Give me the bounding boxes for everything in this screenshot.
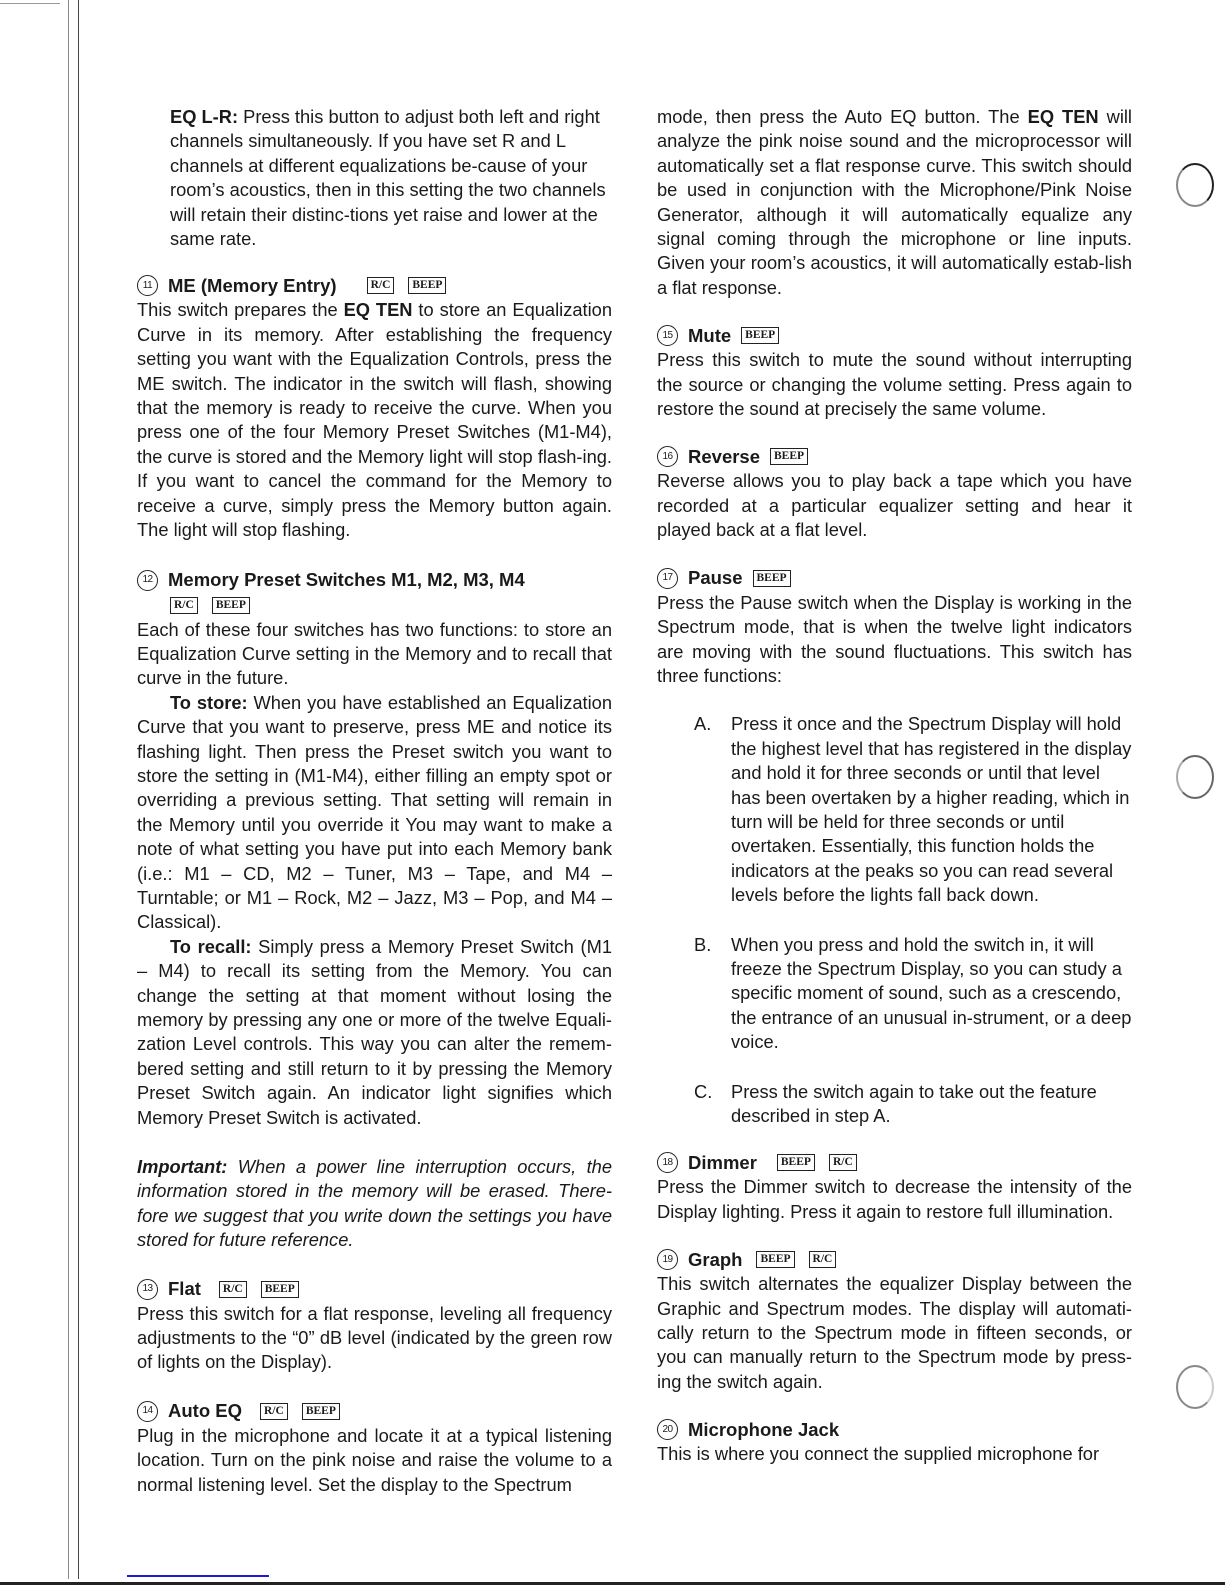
section-flat: 13 Flat R/C BEEP Press this switch for a… [137,1277,612,1375]
rc-badge: R/C [260,1403,288,1420]
list-text: Press the switch again to take out the f… [731,1080,1132,1129]
section-title: Reverse [688,445,760,469]
section-microphone-jack: 20 Microphone Jack This is where you con… [657,1417,1132,1466]
section-heading: 20 Microphone Jack [657,1417,1132,1442]
section-intro: Each of these four switches has two func… [137,618,612,691]
circled-number-icon: 19 [657,1249,678,1270]
section-reverse: 16 Reverse BEEP Reverse allows you to pl… [657,444,1132,542]
section-title: Flat [168,1277,201,1301]
rc-badge: R/C [809,1251,837,1268]
section-eq-lr: EQ L-R: Press this button to adjust both… [137,105,612,251]
eq-lr-label: EQ L-R: [170,106,238,127]
list-letter: C. [694,1080,731,1129]
pause-functions-list: A. Press it once and the Spectrum Displa… [657,712,1132,1128]
list-letter: A. [694,712,731,907]
beep-badge: BEEP [741,327,779,344]
circled-number-icon: 17 [657,568,678,589]
beep-badge: BEEP [212,597,250,614]
rc-badge: R/C [367,277,395,294]
important-note: Important: When a power line interruptio… [137,1155,612,1253]
section-body: This switch alternates the equalizer Dis… [657,1272,1132,1394]
beep-badge: BEEP [770,448,808,465]
section-body: mode, then press the Auto EQ button. The… [657,105,1132,300]
badge-row: R/C BEEP [137,593,612,618]
binder-hole-icon [1176,163,1214,207]
section-body: Press the Dimmer switch to decrease the … [657,1175,1132,1224]
section-me: 11 ME (Memory Entry) R/C BEEP This switc… [137,273,612,542]
section-title: Dimmer [688,1151,757,1175]
section-pause: 17 Pause BEEP Press the Pause switch whe… [657,566,1132,1129]
section-heading: 11 ME (Memory Entry) R/C BEEP [137,273,612,298]
binder-hole-icon [1176,1365,1214,1409]
left-column: EQ L-R: Press this button to adjust both… [137,105,612,1497]
section-title: Pause [688,566,743,590]
beep-badge: BEEP [302,1403,340,1420]
list-text: Press it once and the Spectrum Display w… [731,712,1132,907]
circled-number-icon: 16 [657,446,678,467]
beep-badge: BEEP [753,570,791,587]
list-letter: B. [694,933,731,1055]
list-item: A. Press it once and the Spectrum Displa… [694,712,1132,907]
circled-number-icon: 14 [137,1401,158,1422]
section-title: Auto EQ [168,1399,242,1423]
section-heading: 18 Dimmer BEEP R/C [657,1150,1132,1175]
section-body: Press this switch to mute the sound with… [657,348,1132,421]
beep-badge: BEEP [777,1154,815,1171]
to-recall-paragraph: To recall: Simply press a Memory Preset … [137,935,612,1130]
beep-badge: BEEP [261,1281,299,1298]
section-body: This switch prepares the EQ TEN to store… [137,298,612,542]
right-column: mode, then press the Auto EQ button. The… [657,105,1132,1467]
section-title: Memory Preset Switches M1, M2, M3, M4 [168,568,525,592]
circled-number-icon: 12 [137,570,158,591]
section-auto-eq: 14 Auto EQ R/C BEEP Plug in the micropho… [137,1399,612,1497]
section-graph: 19 Graph BEEP R/C This switch alternates… [657,1247,1132,1394]
scan-edge-line [78,0,79,1579]
section-heading: 19 Graph BEEP R/C [657,1247,1132,1272]
section-heading: 15 Mute BEEP [657,323,1132,348]
section-body: Press the Pause switch when the Display … [657,591,1132,689]
circled-number-icon: 13 [137,1279,158,1300]
section-heading: 17 Pause BEEP [657,566,1132,591]
list-text: When you press and hold the switch in, i… [731,933,1132,1055]
section-title: Microphone Jack [688,1418,839,1442]
section-body: Plug in the microphone and locate it at … [137,1424,612,1497]
list-item: B. When you press and hold the switch in… [694,933,1132,1055]
circled-number-icon: 20 [657,1419,678,1440]
beep-badge: BEEP [408,277,446,294]
section-title: Graph [688,1248,742,1272]
section-heading: 14 Auto EQ R/C BEEP [137,1399,612,1424]
to-store-paragraph: To store: When you have established an E… [137,691,612,935]
section-body: Reverse allows you to play back a tape w… [657,469,1132,542]
eq-lr-paragraph: EQ L-R: Press this button to adjust both… [137,105,612,251]
section-title: ME (Memory Entry) [168,274,337,298]
section-heading: 12 Memory Preset Switches M1, M2, M3, M4 [137,568,612,593]
section-heading: 16 Reverse BEEP [657,444,1132,469]
scan-edge-line [68,0,69,1579]
circled-number-icon: 15 [657,325,678,346]
rc-badge: R/C [219,1281,247,1298]
section-body: This is where you connect the supplied m… [657,1442,1132,1466]
list-item: C. Press the switch again to take out th… [694,1080,1132,1129]
scan-artifact-top [0,3,60,4]
section-auto-eq-continued: mode, then press the Auto EQ button. The… [657,105,1132,300]
scan-blue-underline [127,1575,269,1577]
section-body: Press this switch for a flat response, l… [137,1302,612,1375]
beep-badge: BEEP [756,1251,794,1268]
section-memory-preset: 12 Memory Preset Switches M1, M2, M3, M4… [137,568,612,1131]
section-dimmer: 18 Dimmer BEEP R/C Press the Dimmer swit… [657,1150,1132,1224]
section-heading: 13 Flat R/C BEEP [137,1277,612,1302]
rc-badge: R/C [170,597,198,614]
section-title: Mute [688,324,731,348]
circled-number-icon: 18 [657,1152,678,1173]
rc-badge: R/C [829,1154,857,1171]
circled-number-icon: 11 [137,275,158,296]
section-mute: 15 Mute BEEP Press this switch to mute t… [657,323,1132,421]
section-important: Important: When a power line interruptio… [137,1155,612,1253]
binder-hole-icon [1176,755,1214,799]
